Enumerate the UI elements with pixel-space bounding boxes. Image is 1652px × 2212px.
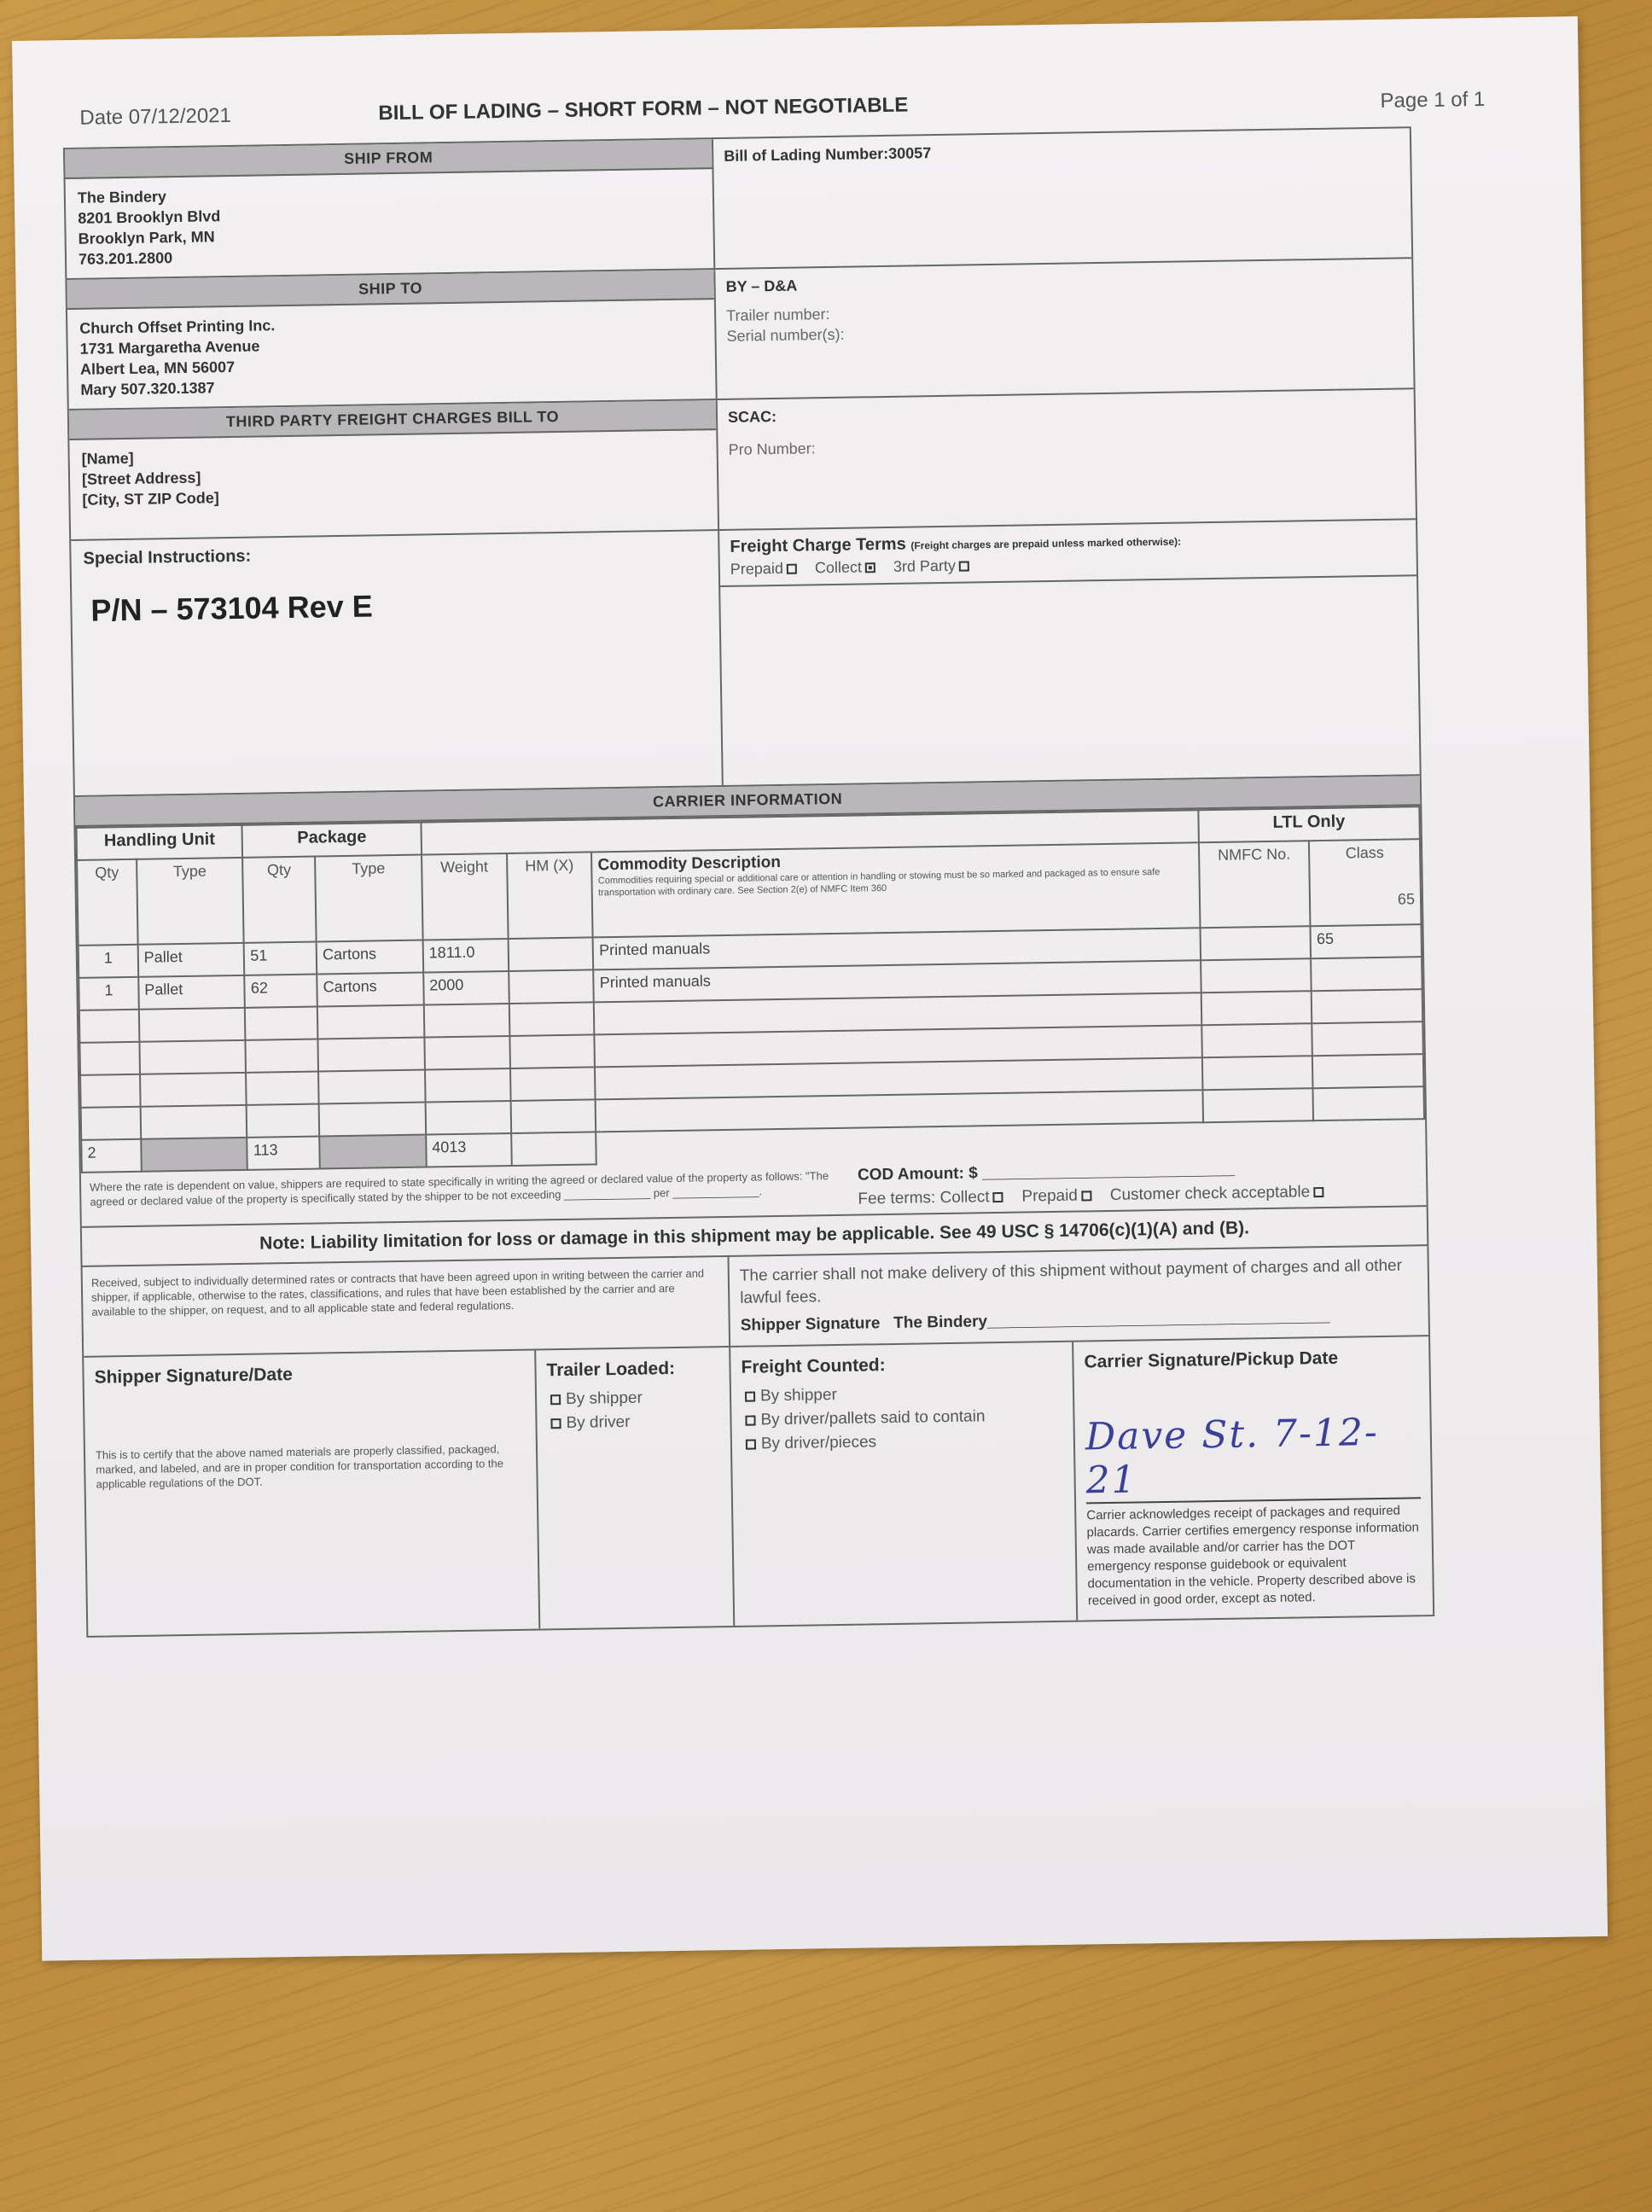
cell-weight	[424, 1036, 509, 1070]
total-weight: 4013	[426, 1133, 511, 1167]
received-text: Received, subject to individually determ…	[83, 1257, 731, 1356]
ship-to-address: Church Offset Printing Inc. 1731 Margare…	[67, 300, 716, 409]
cell-class	[1311, 957, 1422, 991]
cell-class	[1313, 1086, 1424, 1121]
cell-pkg-type	[318, 1070, 425, 1104]
cell-weight	[425, 1068, 510, 1103]
fee-prepaid-checkbox[interactable]	[1081, 1190, 1091, 1201]
cell-class: 65	[1311, 924, 1422, 958]
ship-from-row: SHIP FROM The Bindery 8201 Brooklyn Blvd…	[65, 128, 1411, 280]
carrier-handwritten-signature: Dave St. 7-12-21	[1085, 1410, 1421, 1504]
cell-pkg-type	[318, 1038, 425, 1072]
cell-hu-qty: 1	[79, 977, 138, 1010]
third-party-label: 3rd Party	[893, 557, 956, 575]
cell-class	[1312, 1054, 1423, 1088]
loaded-by-shipper-checkbox[interactable]	[550, 1394, 561, 1405]
carrier-name: BY – D&A	[725, 265, 1401, 296]
fee-prepaid-label: Prepaid	[1021, 1187, 1078, 1206]
cell-weight	[425, 1101, 510, 1135]
cell-pkg-qty	[246, 1072, 318, 1105]
package-group: Package	[242, 823, 422, 858]
cell-hm	[510, 1099, 596, 1133]
bol-number: Bill of Lading Number:30057	[724, 135, 1399, 166]
customer-check-label: Customer check acceptable	[1110, 1183, 1311, 1204]
cell-nmfc	[1202, 1056, 1313, 1090]
prepaid-label: Prepaid	[730, 560, 783, 578]
cell-hu-type: Pallet	[137, 943, 244, 977]
counted-by-shipper-label: By shipper	[760, 1386, 837, 1405]
loaded-by-driver-checkbox[interactable]	[550, 1418, 561, 1429]
col-hu-type: Type	[137, 858, 244, 945]
cell-pkg-type: Cartons	[317, 940, 423, 975]
shipper-signature-line[interactable]: Shipper Signature The Bindery___________…	[741, 1304, 1418, 1336]
trailer-loaded-title: Trailer Loaded:	[546, 1358, 718, 1381]
bill-of-lading-paper: Date 07/12/2021 BILL OF LADING – SHORT F…	[12, 16, 1608, 1961]
part-number: P/N – 573104 Rev E	[72, 568, 719, 644]
total-pkg-qty: 113	[247, 1136, 320, 1169]
counted-by-driver-pieces-checkbox[interactable]	[746, 1439, 756, 1449]
page-indicator: Page 1 of 1	[1380, 88, 1485, 114]
carrier-information-table: Handling Unit Package LTL Only Qty Type …	[75, 806, 1425, 1173]
ship-to-row: SHIP TO Church Offset Printing Inc. 1731…	[67, 259, 1413, 410]
ship-from-address: The Bindery 8201 Brooklyn Blvd Brooklyn …	[66, 169, 714, 278]
document-title: BILL OF LADING – SHORT FORM – NOT NEGOTI…	[378, 94, 908, 126]
declared-value-text: Where the rate is dependent on value, sh…	[81, 1161, 850, 1226]
freight-charge-terms: Freight Charge Terms (Freight charges ar…	[719, 520, 1416, 587]
col-pkg-qty: Qty	[242, 857, 316, 943]
scac-field[interactable]: SCAC:	[728, 396, 1404, 427]
trailer-loaded-box: Trailer Loaded: By shipper By driver	[536, 1348, 735, 1629]
shipper-signature-label: Shipper Signature	[741, 1314, 881, 1335]
col-hm: HM (X)	[507, 852, 593, 939]
col-pkg-type: Type	[315, 855, 422, 942]
fee-collect-checkbox[interactable]	[993, 1192, 1003, 1202]
freight-counted-box: Freight Counted: By shipper By driver/pa…	[730, 1342, 1078, 1626]
third-party-row: THIRD PARTY FREIGHT CHARGES BILL TO [Nam…	[69, 389, 1416, 541]
cell-nmfc	[1201, 958, 1312, 992]
pro-number-field[interactable]: Pro Number:	[728, 428, 1404, 459]
freight-counted-title: Freight Counted:	[741, 1353, 1062, 1378]
collect-checkbox[interactable]	[865, 562, 875, 573]
cell-hu-type	[139, 1008, 246, 1042]
cell-class	[1312, 989, 1422, 1023]
counted-by-driver-pallets-label: By driver/pallets said to contain	[760, 1407, 985, 1429]
collect-label: Collect	[815, 558, 862, 576]
third-party-address: [Name] [Street Address] [City, ST ZIP Co…	[69, 430, 718, 539]
document-date: Date 07/12/2021	[79, 104, 231, 131]
cell-weight: 1811.0	[422, 939, 508, 973]
cell-hm	[509, 1002, 594, 1036]
cell-pkg-qty: 62	[245, 975, 317, 1008]
loaded-by-shipper-label: By shipper	[566, 1389, 643, 1408]
shipper-signature-value: The Bindery	[893, 1313, 987, 1332]
cell-pkg-qty	[246, 1039, 318, 1073]
cell-pkg-type: Cartons	[317, 973, 423, 1007]
col-nmfc: NMFC No.	[1199, 841, 1311, 928]
counted-by-driver-pieces-label: By driver/pieces	[761, 1433, 876, 1452]
cell-pkg-type	[317, 1005, 424, 1039]
class-header: Class	[1315, 843, 1414, 863]
fee-collect-label: Collect	[939, 1188, 989, 1207]
col-class: Class 65	[1309, 839, 1421, 926]
special-instructions-row: Special Instructions: P/N – 573104 Rev E…	[71, 520, 1420, 797]
cod-amount-field[interactable]: COD Amount: $ __________________________…	[858, 1157, 1417, 1185]
carrier-signature-title: Carrier Signature/Pickup Date	[1084, 1347, 1418, 1372]
shipper-certification: This is to certify that the above named …	[96, 1441, 526, 1492]
carrier-signature-box[interactable]: Carrier Signature/Pickup Date Dave St. 7…	[1073, 1336, 1433, 1620]
bol-form: SHIP FROM The Bindery 8201 Brooklyn Blvd…	[63, 126, 1434, 1638]
total-hu-qty: 2	[81, 1139, 141, 1173]
cell-nmfc	[1201, 991, 1312, 1025]
cell-hu-qty	[81, 1107, 141, 1140]
customer-check-checkbox[interactable]	[1313, 1187, 1323, 1197]
cell-hu-type	[140, 1105, 247, 1139]
counted-by-driver-pallets-checkbox[interactable]	[745, 1415, 755, 1425]
ltl-only-group: LTL Only	[1198, 806, 1420, 842]
signature-row: Shipper Signature/Date This is to certif…	[84, 1336, 1433, 1636]
cell-hm	[509, 969, 594, 1004]
cell-hu-type: Pallet	[138, 975, 245, 1010]
cell-nmfc	[1201, 1023, 1312, 1057]
counted-by-shipper-checkbox[interactable]	[745, 1391, 755, 1401]
cell-weight	[424, 1004, 509, 1038]
cell-nmfc	[1200, 926, 1311, 960]
cell-pkg-type	[319, 1103, 426, 1137]
cell-hu-qty	[79, 1010, 139, 1043]
shipper-signature-box[interactable]: Shipper Signature/Date This is to certif…	[84, 1351, 540, 1636]
handling-unit-group: Handling Unit	[76, 825, 242, 860]
cell-hm	[508, 937, 593, 971]
col-hu-qty: Qty	[77, 859, 137, 946]
cell-hu-type	[140, 1073, 247, 1107]
cell-pkg-qty	[247, 1104, 319, 1138]
cell-class	[1312, 1022, 1423, 1056]
freight-terms-note: (Freight charges are prepaid unless mark…	[910, 536, 1181, 552]
freight-terms-label: Freight Charge Terms	[730, 535, 906, 556]
shipper-signature-title: Shipper Signature/Date	[94, 1361, 524, 1388]
fee-terms-label: Fee terms:	[858, 1189, 935, 1208]
carrier-acknowledgement: Carrier acknowledges receipt of packages…	[1086, 1502, 1422, 1610]
cell-nmfc	[1202, 1088, 1313, 1122]
loaded-by-driver-label: By driver	[566, 1413, 630, 1432]
delivery-terms-text: The carrier shall not make delivery of t…	[740, 1254, 1418, 1309]
cell-hu-qty	[80, 1074, 140, 1108]
third-party-checkbox[interactable]	[959, 562, 969, 572]
cell-pkg-qty	[245, 1007, 317, 1040]
col-weight: Weight	[422, 853, 508, 940]
col-commodity: Commodity Description Commodities requir…	[591, 842, 1200, 937]
cell-hm	[509, 1034, 595, 1068]
cell-pkg-qty: 51	[244, 942, 317, 975]
class-header-value: 65	[1316, 890, 1415, 910]
cell-weight: 2000	[423, 971, 509, 1005]
cell-hu-qty: 1	[79, 945, 138, 978]
prepaid-checkbox[interactable]	[787, 564, 797, 574]
cell-hm	[510, 1067, 596, 1101]
cod-label: COD Amount: $	[858, 1164, 978, 1184]
cell-hu-qty	[79, 1042, 139, 1075]
cell-hu-type	[139, 1040, 246, 1074]
